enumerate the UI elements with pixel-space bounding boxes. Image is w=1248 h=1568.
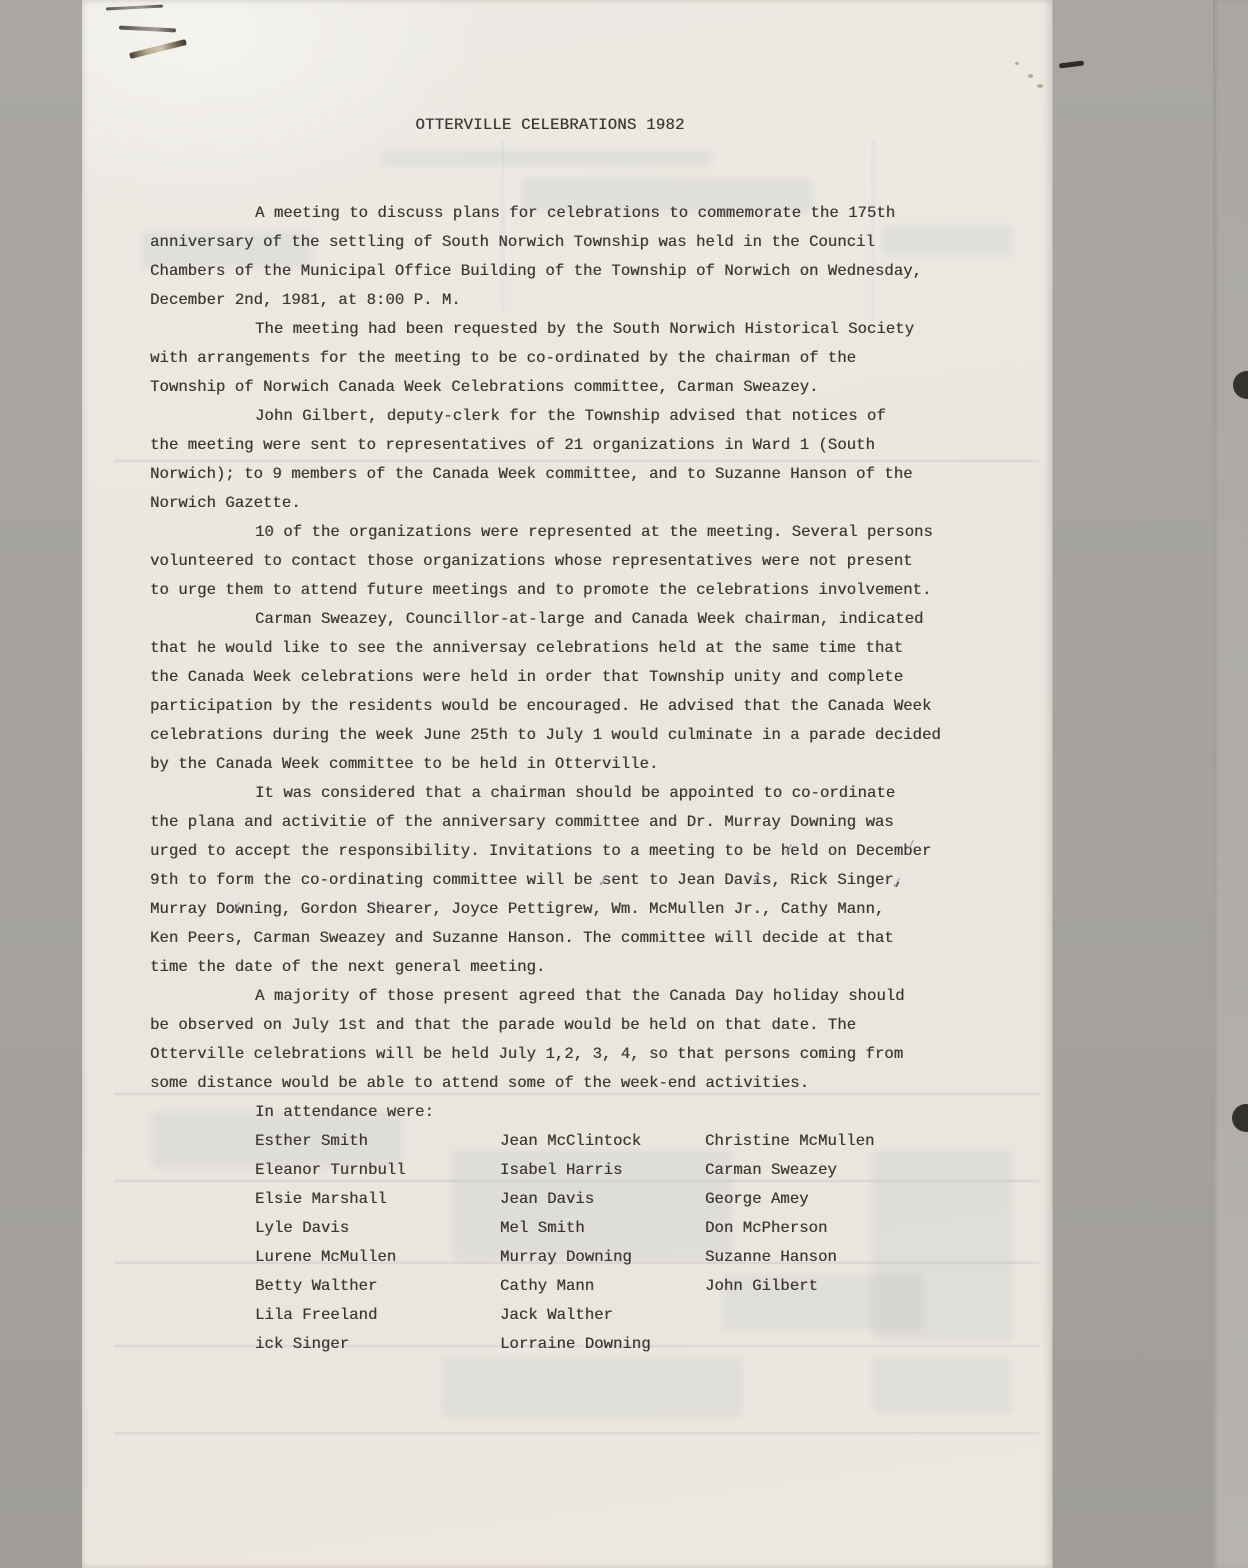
body-line: Ken Peers, Carman Sweazey and Suzanne Ha… — [150, 924, 974, 953]
attendee-name: Lorraine Downing — [500, 1330, 651, 1359]
body-line: The meeting had been requested by the So… — [150, 315, 974, 344]
bleed-through-text — [442, 1358, 742, 1418]
attendee-name: Suzanne Hanson — [705, 1243, 837, 1272]
body-line: Chambers of the Municipal Office Buildin… — [150, 257, 974, 286]
body-line: by the Canada Week committee to be held … — [150, 750, 974, 779]
attendee-name: ick Singer — [255, 1330, 349, 1359]
paper-speck — [1015, 62, 1019, 65]
attendee-name: Jack Walther — [500, 1301, 613, 1330]
body-line: Carman Sweazey, Councillor-at-large and … — [150, 605, 974, 634]
bleed-through-text — [872, 1358, 1012, 1413]
body-line: urged to accept the responsibility. Invi… — [150, 837, 974, 866]
attendee-name: Jean McClintock — [500, 1127, 641, 1156]
body-line: anniversary of the settling of South Nor… — [150, 228, 974, 257]
attendee-name: Cathy Mann — [500, 1272, 594, 1301]
body-line: to urge them to attend future meetings a… — [150, 576, 974, 605]
scanned-document: OTTERVILLE CELEBRATIONS 1982 A meeting t… — [0, 0, 1248, 1568]
attendance-row: Betty WaltherCathy MannJohn Gilbert — [150, 1272, 974, 1301]
bleed-through-line — [114, 1432, 1039, 1434]
document-page: OTTERVILLE CELEBRATIONS 1982 A meeting t… — [82, 0, 1053, 1568]
attendee-name: Mel Smith — [500, 1214, 585, 1243]
body-line: the Canada Week celebrations were held i… — [150, 663, 974, 692]
body-line: John Gilbert, deputy-clerk for the Towns… — [150, 402, 974, 431]
body-line: Otterville celebrations will be held Jul… — [150, 1040, 974, 1069]
attendee-name: Lurene McMullen — [255, 1243, 396, 1272]
body-line: the plana and activitie of the anniversa… — [150, 808, 974, 837]
body-line: Township of Norwich Canada Week Celebrat… — [150, 373, 974, 402]
attendee-name: Jean Davis — [500, 1185, 594, 1214]
body-line: some distance would be able to attend so… — [150, 1069, 974, 1098]
attendee-name: Carman Sweazey — [705, 1156, 837, 1185]
body-line: A meeting to discuss plans for celebrati… — [150, 199, 974, 228]
body-line: with arrangements for the meeting to be … — [150, 344, 974, 373]
attendee-name: Don McPherson — [705, 1214, 827, 1243]
paper-speck — [1037, 84, 1043, 88]
ink-mark — [1059, 60, 1084, 68]
staple-mark-icon — [106, 5, 163, 11]
body-line: 10 of the organizations were represented… — [150, 518, 974, 547]
attendance-row: Eleanor TurnbullIsabel HarrisCarman Swea… — [150, 1156, 974, 1185]
body-line: 9th to form the co-ordinating committee … — [150, 866, 974, 895]
attendance-row: ick SingerLorraine Downing — [150, 1330, 974, 1359]
attendance-row: Lurene McMullenMurray DowningSuzanne Han… — [150, 1243, 974, 1272]
body-line: December 2nd, 1981, at 8:00 P. M. — [150, 286, 974, 315]
attendee-name: Isabel Harris — [500, 1156, 622, 1185]
attendee-name: Betty Walther — [255, 1272, 377, 1301]
body-line: time the date of the next general meetin… — [150, 953, 974, 982]
paper-speck — [1028, 74, 1033, 78]
body-line: It was considered that a chairman should… — [150, 779, 974, 808]
attendance-row: Esther SmithJean McClintockChristine McM… — [150, 1127, 974, 1156]
staple-mark-icon — [119, 26, 176, 33]
attendee-name: John Gilbert — [705, 1272, 818, 1301]
attendee-name: Christine McMullen — [705, 1127, 874, 1156]
body-line: Norwich Gazette. — [150, 489, 974, 518]
body-line: the meeting were sent to representatives… — [150, 431, 974, 460]
body-line: Murray Downing, Gordon Shearer, Joyce Pe… — [150, 895, 974, 924]
attendee-name: George Amey — [705, 1185, 809, 1214]
body-line: that he would like to see the anniversay… — [150, 634, 974, 663]
attendee-name: Elsie Marshall — [255, 1185, 387, 1214]
scanner-background-seam — [1213, 0, 1248, 1568]
body-line: A majority of those present agreed that … — [150, 982, 974, 1011]
attendee-name: Murray Downing — [500, 1243, 632, 1272]
attendance-row: Lila FreelandJack Walther — [150, 1301, 974, 1330]
body-line: Norwich); to 9 members of the Canada Wee… — [150, 460, 974, 489]
body-line: volunteered to contact those organizatio… — [150, 547, 974, 576]
attendance-row: Lyle DavisMel SmithDon McPherson — [150, 1214, 974, 1243]
attendee-name: Lyle Davis — [255, 1214, 349, 1243]
body-line: be observed on July 1st and that the par… — [150, 1011, 974, 1040]
attendee-name: Lila Freeland — [255, 1301, 377, 1330]
attendee-name: Esther Smith — [255, 1127, 368, 1156]
document-body: A meeting to discuss plans for celebrati… — [150, 199, 974, 1359]
body-line: participation by the residents would be … — [150, 692, 974, 721]
attendance-row: Elsie MarshallJean DavisGeorge Amey — [150, 1185, 974, 1214]
body-line: celebrations during the week June 25th t… — [150, 721, 974, 750]
attendance-heading: In attendance were: — [150, 1098, 974, 1127]
staple-mark-icon — [129, 39, 187, 59]
bleed-through-text — [382, 150, 712, 166]
page-title: OTTERVILLE CELEBRATIONS 1982 — [138, 114, 962, 136]
attendee-name: Eleanor Turnbull — [255, 1156, 406, 1185]
